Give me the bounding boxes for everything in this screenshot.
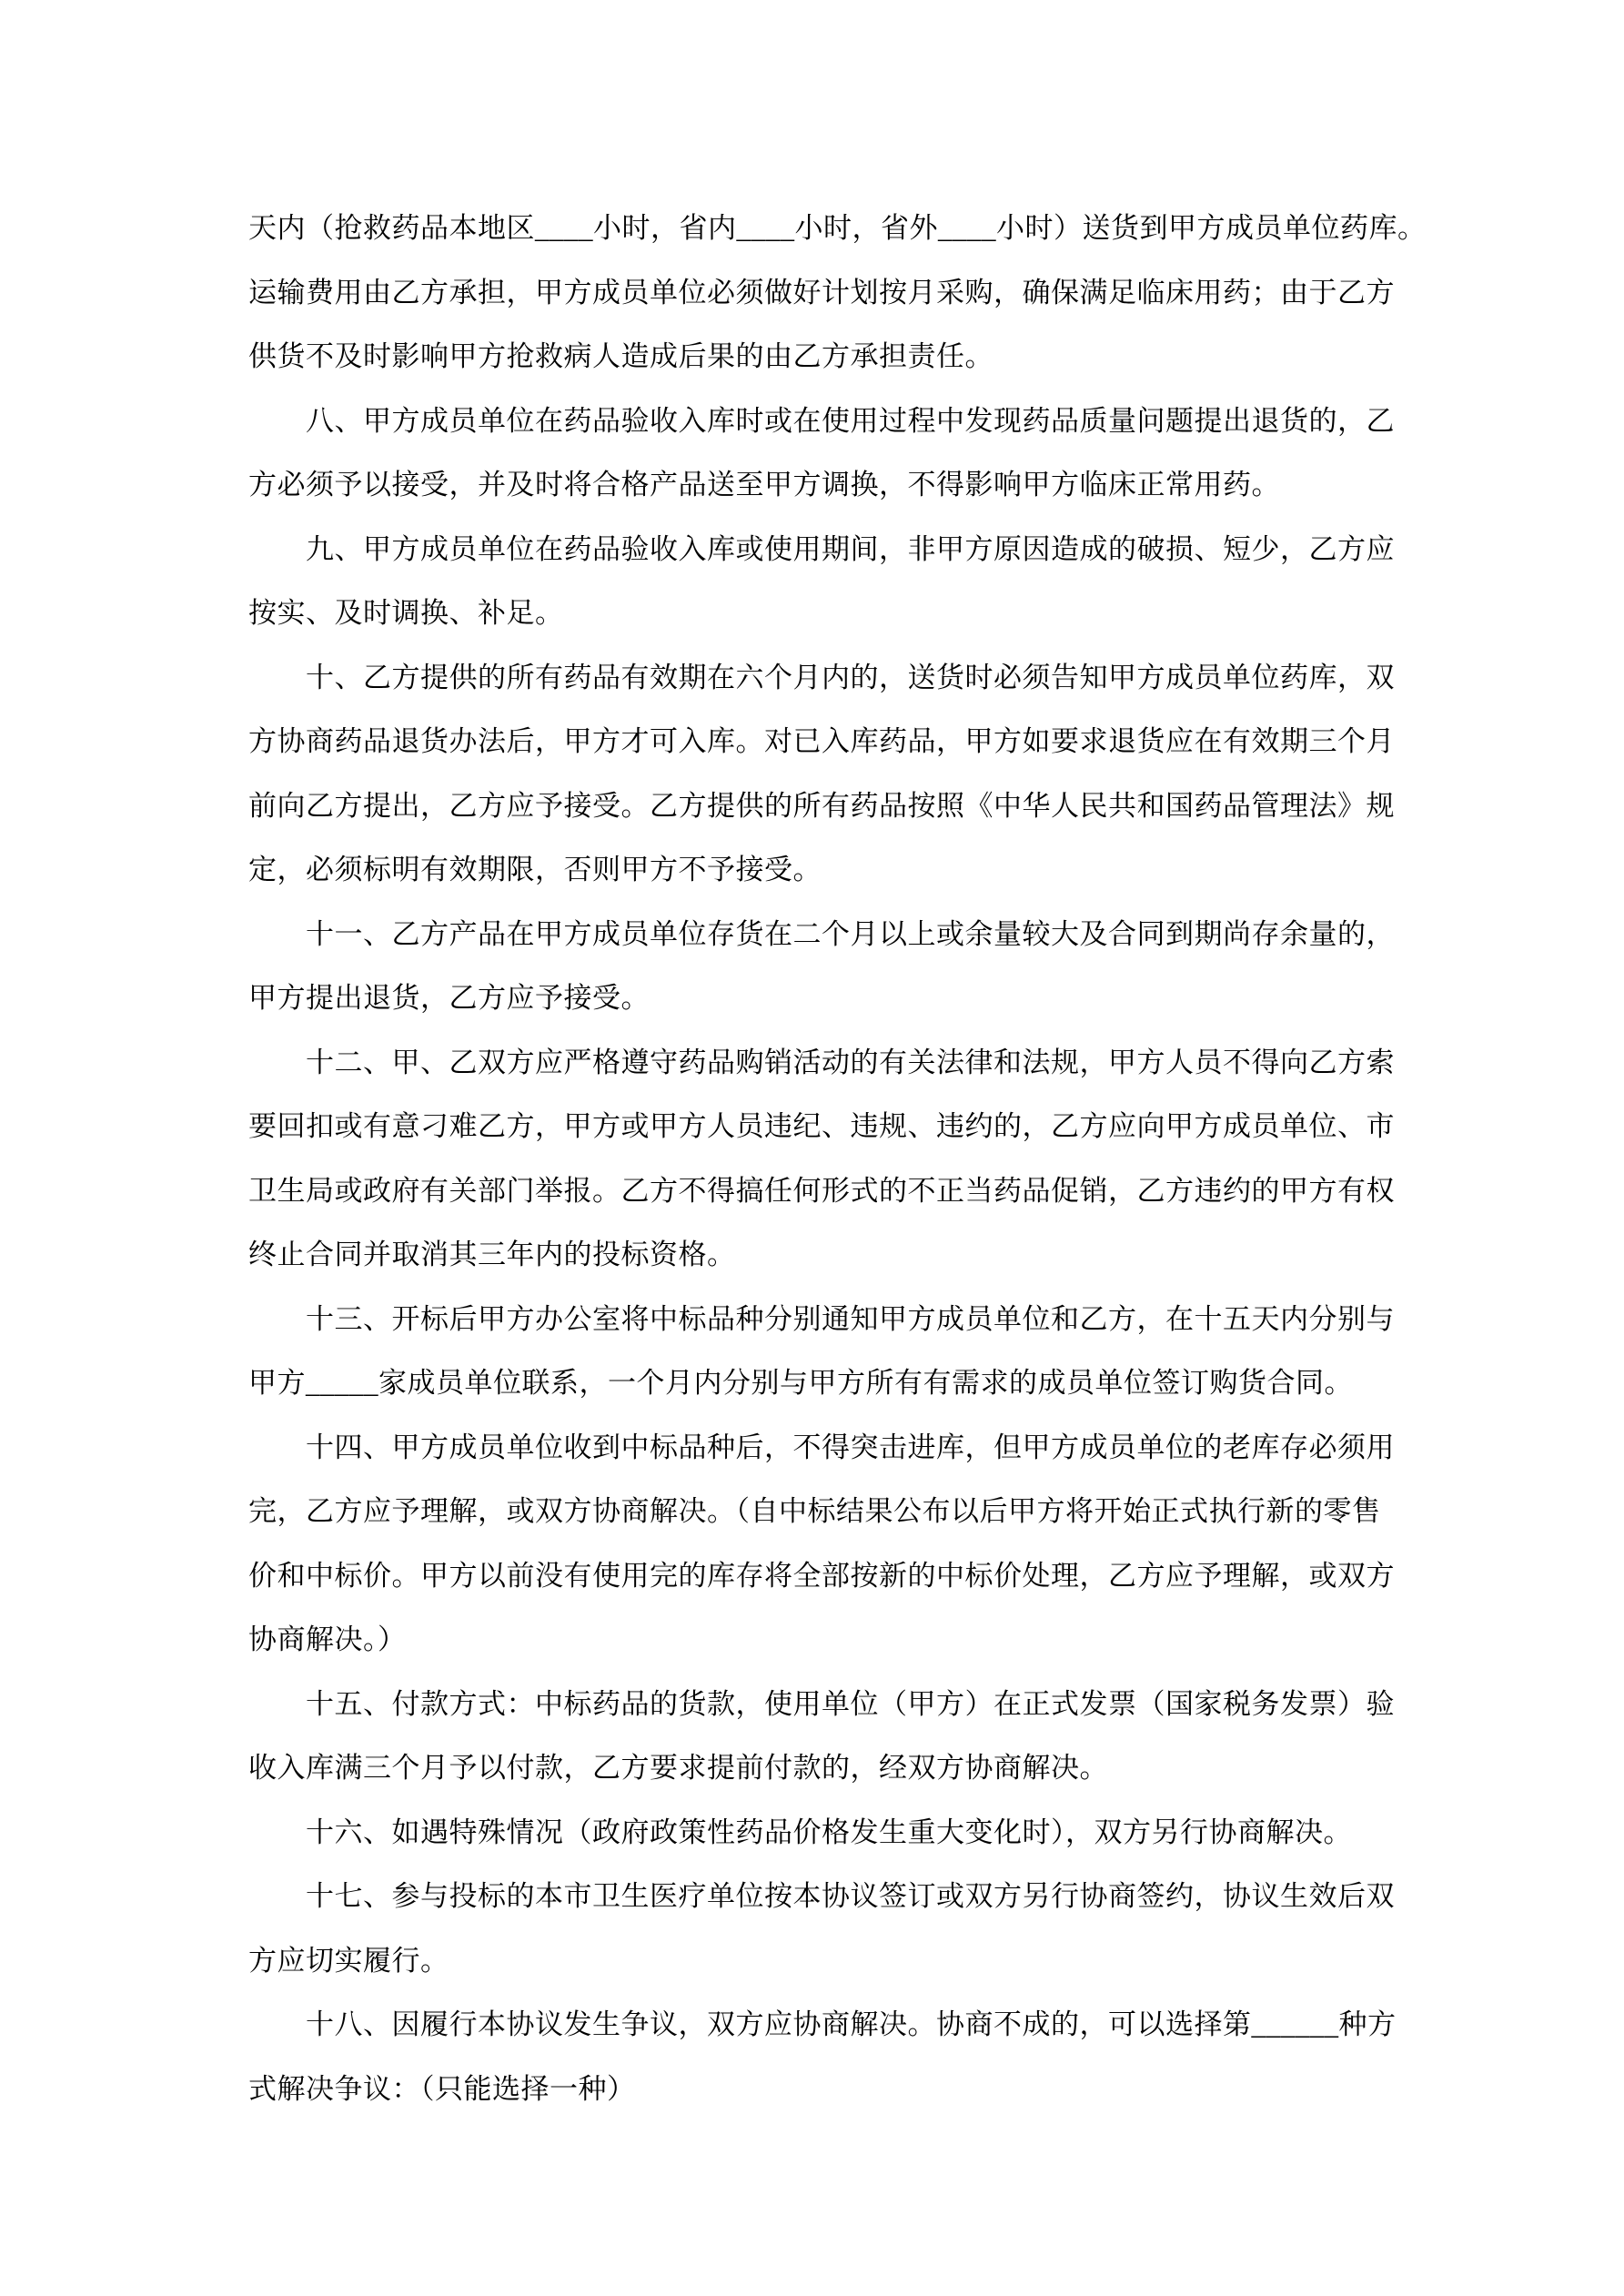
- text-line: 方必须予以接受，并及时将合格产品送至甲方调换，不得影响甲方临床正常用药。: [248, 453, 1431, 518]
- text-line: 天内（抢救药品本地区____小时，省内____小时，省外____小时）送货到甲方…: [248, 197, 1431, 261]
- text-line: 供货不及时影响甲方抢救病人造成后果的由乙方承担责任。: [248, 325, 1431, 389]
- text-line: 甲方_____家成员单位联系，一个月内分别与甲方所有有需求的成员单位签订购货合同…: [248, 1351, 1431, 1416]
- text-line: 十五、付款方式：中标药品的货款，使用单位（甲方）在正式发票（国家税务发票）验: [248, 1673, 1431, 1737]
- text-line: 收入库满三个月予以付款，乙方要求提前付款的，经双方协商解决。: [248, 1736, 1431, 1801]
- text-line: 甲方提出退货，乙方应予接受。: [248, 966, 1431, 1031]
- text-line: 价和中标价。甲方以前没有使用完的库存将全部按新的中标价处理，乙方应予理解，或双方: [248, 1544, 1431, 1609]
- text-line: 九、甲方成员单位在药品验收入库或使用期间，非甲方原因造成的破损、短少，乙方应: [248, 518, 1431, 582]
- text-line: 十二、甲、乙双方应严格遵守药品购销活动的有关法律和法规，甲方人员不得向乙方索: [248, 1031, 1431, 1096]
- text-line: 十六、如遇特殊情况（政府政策性药品价格发生重大变化时），双方另行协商解决。: [248, 1801, 1431, 1866]
- text-line: 要回扣或有意刁难乙方，甲方或甲方人员违纪、违规、违约的，乙方应向甲方成员单位、市: [248, 1095, 1431, 1159]
- text-line: 八、甲方成员单位在药品验收入库时或在使用过程中发现药品质量问题提出退货的，乙: [248, 389, 1431, 454]
- text-line: 方协商药品退货办法后，甲方才可入库。对已入库药品，甲方如要求退货应在有效期三个月: [248, 710, 1431, 774]
- text-line: 按实、及时调换、补足。: [248, 582, 1431, 646]
- text-line: 方应切实履行。: [248, 1929, 1431, 1994]
- text-line: 式解决争议：（只能选择一种）: [248, 2058, 1431, 2122]
- text-line: 十一、乙方产品在甲方成员单位存货在二个月以上或余量较大及合同到期尚存余量的，: [248, 903, 1431, 967]
- document-page: 天内（抢救药品本地区____小时，省内____小时，省外____小时）送货到甲方…: [0, 0, 1624, 2296]
- text-line: 前向乙方提出，乙方应予接受。乙方提供的所有药品按照《中华人民共和国药品管理法》规: [248, 774, 1431, 839]
- text-line: 十八、因履行本协议发生争议，双方应协商解决。协商不成的，可以选择第______种…: [248, 1993, 1431, 2058]
- text-line: 协商解决。）: [248, 1608, 1431, 1673]
- text-line: 运输费用由乙方承担，甲方成员单位必须做好计划按月采购，确保满足临床用药；由于乙方: [248, 261, 1431, 326]
- text-line: 十、乙方提供的所有药品有效期在六个月内的，送货时必须告知甲方成员单位药库，双: [248, 646, 1431, 711]
- text-line: 十七、参与投标的本市卫生医疗单位按本协议签订或双方另行协商签约，协议生效后双: [248, 1865, 1431, 1929]
- contract-text-block: 天内（抢救药品本地区____小时，省内____小时，省外____小时）送货到甲方…: [248, 197, 1431, 2121]
- text-line: 十四、甲方成员单位收到中标品种后，不得突击进库，但甲方成员单位的老库存必须用: [248, 1416, 1431, 1481]
- text-line: 十三、开标后甲方办公室将中标品种分别通知甲方成员单位和乙方，在十五天内分别与: [248, 1288, 1431, 1352]
- text-line: 卫生局或政府有关部门举报。乙方不得搞任何形式的不正当药品促销，乙方违约的甲方有权: [248, 1159, 1431, 1224]
- text-line: 终止合同并取消其三年内的投标资格。: [248, 1223, 1431, 1288]
- text-line: 完，乙方应予理解，或双方协商解决。（自中标结果公布以后甲方将开始正式执行新的零售: [248, 1480, 1431, 1544]
- text-line: 定，必须标明有效期限，否则甲方不予接受。: [248, 838, 1431, 903]
